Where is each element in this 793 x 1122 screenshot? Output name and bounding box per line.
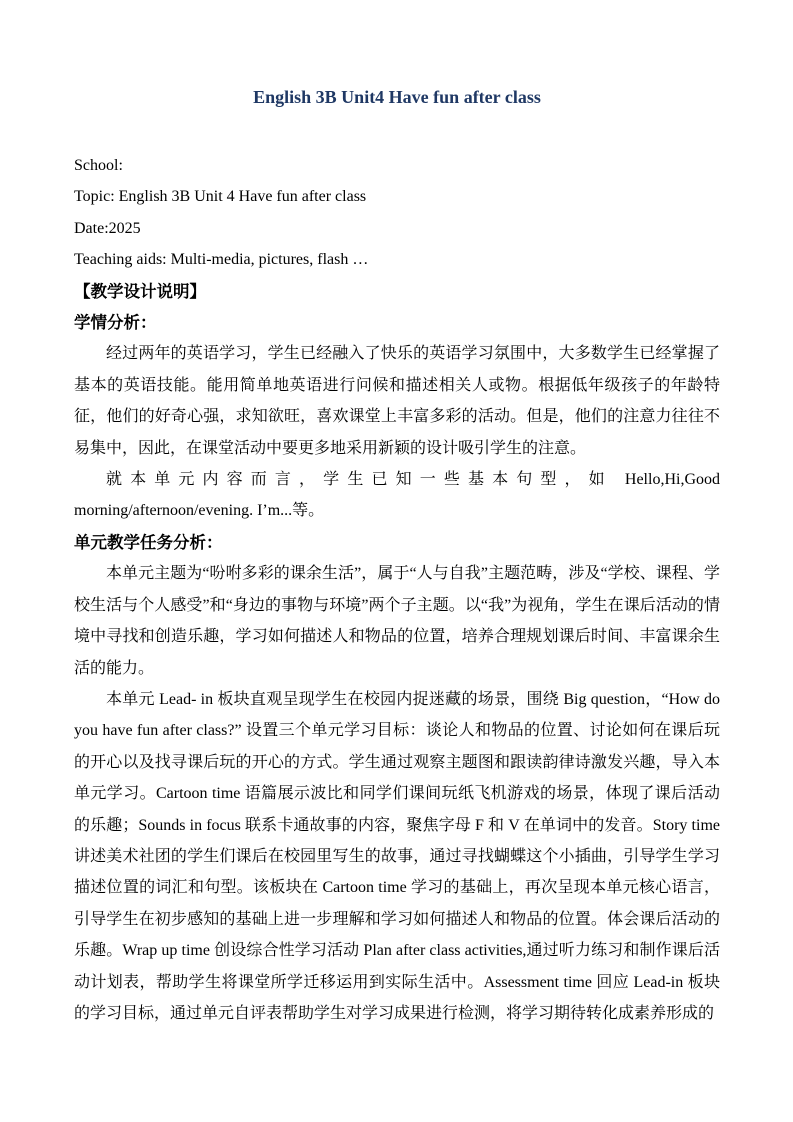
meta-line-topic: Topic: English 3B Unit 4 Have fun after … <box>74 181 720 212</box>
document-page: English 3B Unit4 Have fun after class Sc… <box>0 0 793 1122</box>
subsection-heading-unit-task-analysis: 单元教学任务分析： <box>74 527 720 558</box>
paragraph-unit-task-analysis-1: 本单元主题为“吩咐多彩的课余生活”，属于“人与自我”主题范畴，涉及“学校、课程、… <box>74 558 720 684</box>
paragraph-unit-task-analysis-2: 本单元 Lead- in 板块直观呈现学生在校园内捉迷藏的场景，围绕 Big q… <box>74 684 720 1029</box>
section-heading-teaching-design-notes: 【教学设计说明】 <box>74 276 720 307</box>
meta-line-school: School: <box>74 150 720 181</box>
subsection-heading-learner-analysis: 学情分析： <box>74 307 720 338</box>
document-title: English 3B Unit4 Have fun after class <box>74 84 720 110</box>
meta-line-date: Date:2025 <box>74 213 720 244</box>
document-content: English 3B Unit4 Have fun after class Sc… <box>0 0 793 1029</box>
meta-line-teaching-aids: Teaching aids: Multi-media, pictures, fl… <box>74 244 720 275</box>
paragraph-learner-analysis-1: 经过两年的英语学习，学生已经融入了快乐的英语学习氛围中，大多数学生已经掌握了基本… <box>74 338 720 464</box>
paragraph-learner-analysis-2: 就本单元内容而言，学生已知一些基本句型，如 Hello,Hi,Good morn… <box>74 464 720 527</box>
